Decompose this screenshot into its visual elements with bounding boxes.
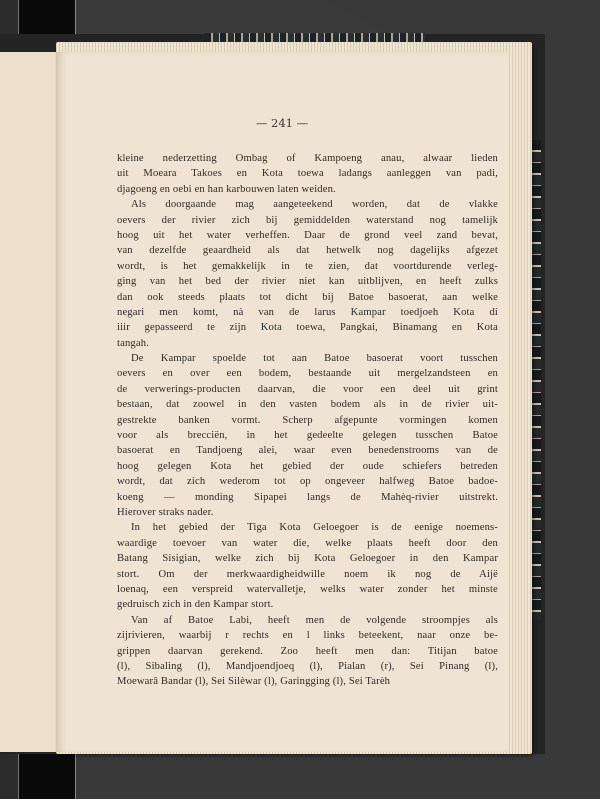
text-line: gedruisch zich in den Kampar stort. (117, 597, 498, 612)
text-line: In het gebied der Tiga Kota Geloegoer is… (117, 520, 498, 535)
text-line: wordt, dat zich wederom tot op ongeveer … (117, 474, 498, 489)
text-line: De Kampar spoelde tot aan Batoe basoerat… (117, 351, 498, 366)
text-line: Moewarâ Bandar (l), Sei Silèwar (l), Gar… (117, 674, 498, 689)
text-line: (l), Sibaling (l), Mandjoendjoeq (l), Pi… (117, 659, 498, 674)
text-line: zijrivieren, waarbij r rechts en l links… (117, 628, 498, 643)
text-line: wordt, is het gemakkelijk in te zien, da… (117, 259, 498, 274)
right-page: — 241 — kleine nederzetting Ombag of Kam… (56, 52, 508, 752)
left-page (0, 52, 60, 752)
text-line: basoerat en Tandjoeng alei, waar even be… (117, 443, 498, 458)
text-line: tangah. (117, 336, 498, 351)
text-line: dan ook steeds plaats tot dicht bij Bato… (117, 290, 498, 305)
text-line: Batang Sisigian, welke zich bij Kota Gel… (117, 551, 498, 566)
text-line: van dezelfde geaardheid als dat hetwelk … (117, 243, 498, 258)
text-line: oevers der rivier zich bij gemiddelden w… (117, 213, 498, 228)
text-line: Hierover straks nader. (117, 505, 498, 520)
text-line: koeng — monding Sipapei langs de Mahèq-r… (117, 490, 498, 505)
text-line: waardige toevoer van water die, welke pl… (117, 536, 498, 551)
text-line: Van af Batoe Labi, heeft men de volgende… (117, 613, 498, 628)
page-number: — 241 — (56, 116, 508, 130)
text-line: gestrekte banken vormt. Scherp afgepunte… (117, 413, 498, 428)
text-line: negari men komt, nà van de larus Kampar … (117, 305, 498, 320)
text-line: Als doorgaande mag aangeteekend worden, … (117, 197, 498, 212)
text-line: oevers en over een bodem, bestaande uit … (117, 366, 498, 381)
text-line: iiir gepasseerd te zijn Kota toewa, Pang… (117, 320, 498, 335)
text-line: stort. Om der merkwaardigheidwille noem … (117, 567, 498, 582)
text-line: djagoeng en oebi en han karbouwen laten … (117, 182, 498, 197)
body-text: kleine nederzetting Ombag of Kampoeng an… (117, 151, 498, 690)
text-line: bestaan, dat zoowel in den vasten bodem … (117, 397, 498, 412)
text-line: loenaq, een verspreid watervalletje, wel… (117, 582, 498, 597)
text-line: hoog uit het water verheffen. Daar de gr… (117, 228, 498, 243)
text-line: ging van het bed der rivier niet kan uit… (117, 274, 498, 289)
text-line: voor als brecciën, in het gedeelte geleg… (117, 428, 498, 443)
text-line: hoog gelegen Kota het gebied der oude sc… (117, 459, 498, 474)
text-line: kleine nederzetting Ombag of Kampoeng an… (117, 151, 498, 166)
text-line: grippen daarvan gerekend. Zoo heeft men … (117, 644, 498, 659)
text-line: uit Moeara Takoes en Kota toewa ladangs … (117, 166, 498, 181)
text-line: de verwerings-producten daarvan, die voo… (117, 382, 498, 397)
